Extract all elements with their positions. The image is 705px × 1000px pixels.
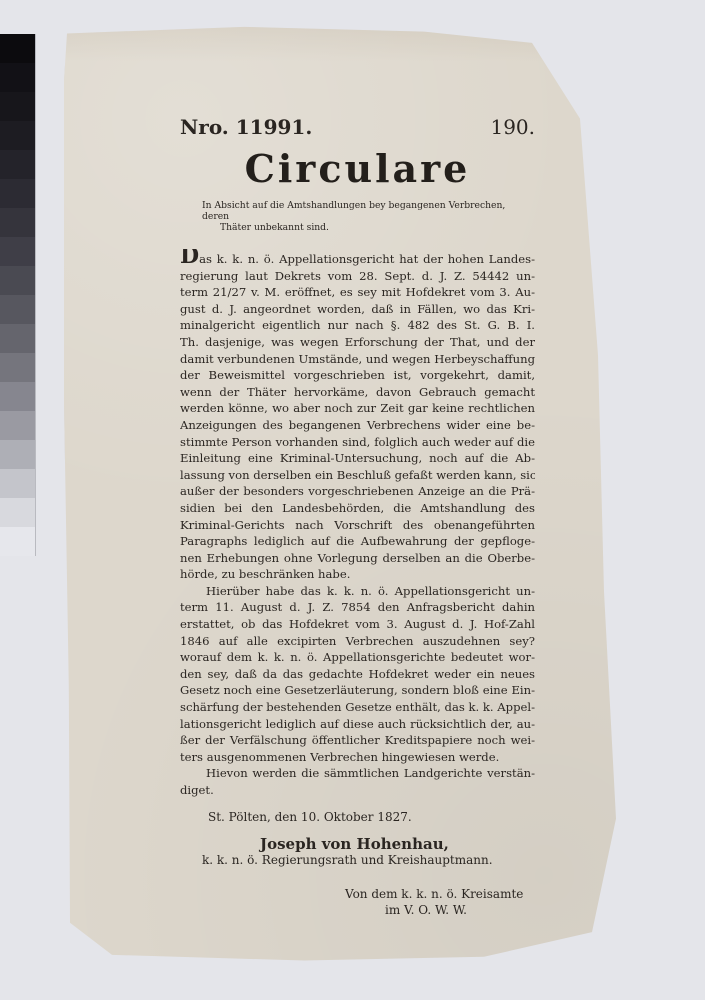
body-line: ters ausgenommenen Verbrechen hingewiese… bbox=[180, 749, 535, 766]
place-date: St. Pölten, den 10. Oktober 1827. bbox=[180, 809, 535, 825]
body-line: stimmte Person vorhanden sind, folglich … bbox=[180, 434, 535, 451]
calibration-patch bbox=[0, 63, 35, 92]
calibration-patch bbox=[0, 237, 35, 266]
document-title: Circulare bbox=[180, 144, 535, 194]
body-line: wenn der Thäter hervorkäme, davon Gebrau… bbox=[180, 384, 535, 401]
body-line: Paragraphs lediglich auf die Aufbewahrun… bbox=[180, 533, 535, 550]
calibration-patch bbox=[0, 150, 35, 179]
body-line: der Beweismittel vorgeschrieben ist, vor… bbox=[180, 367, 535, 384]
calibration-patch bbox=[0, 34, 35, 63]
body-line: außer der besonders vorgeschriebenen Anz… bbox=[180, 483, 535, 500]
body-line: nen Erhebungen ohne Vorlegung derselben … bbox=[180, 550, 535, 567]
calibration-patch bbox=[0, 411, 35, 440]
signer-name: Joseph von Hohenhau, bbox=[180, 835, 535, 853]
body-line: erstattet, ob das Hofdekret vom 3. Augus… bbox=[180, 616, 535, 633]
body-line: sidien bei den Landesbehörden, die Amtsh… bbox=[180, 500, 535, 517]
issuing-office: Von dem k. k. n. ö. Kreisamte im V. O. W… bbox=[180, 886, 535, 918]
body-line: Gesetz noch eine Gesetzerläuterung, sond… bbox=[180, 682, 535, 699]
calibration-patch bbox=[0, 382, 35, 411]
issuer-line-1: Von dem k. k. n. ö. Kreisamte bbox=[345, 887, 523, 901]
body-line: 1846 auf alle excipirten Verbrechen ausz… bbox=[180, 633, 535, 650]
document-number: Nro. 11991. bbox=[180, 112, 312, 142]
document-header: Nro. 11991. 190. bbox=[180, 112, 535, 142]
document-subject: In Absicht auf die Amtshandlungen bey be… bbox=[180, 200, 535, 233]
document-content: Nro. 11991. 190. Circulare In Absicht au… bbox=[180, 112, 535, 918]
calibration-patch bbox=[0, 527, 35, 556]
body-line: Einleitung eine Kriminal-Untersuchung, n… bbox=[180, 450, 535, 467]
calibration-patch bbox=[0, 440, 35, 469]
calibration-patch bbox=[0, 295, 35, 324]
calibration-patch bbox=[0, 92, 35, 121]
calibration-patch bbox=[0, 498, 35, 527]
body-line: term 21/27 v. M. eröffnet, es sey mit Ho… bbox=[180, 284, 535, 301]
body-line: lationsgericht lediglich auf diese auch … bbox=[180, 716, 535, 733]
subject-line-2: Thäter unbekannt sind. bbox=[202, 222, 535, 233]
issuer-line-2: im V. O. W. W. bbox=[345, 902, 535, 918]
body-line: term 11. August d. J. Z. 7854 den Anfrag… bbox=[180, 599, 535, 616]
body-line: hörde, zu beschränken habe. bbox=[180, 566, 535, 583]
body-line: ßer der Verfälschung öffentlicher Kredit… bbox=[180, 732, 535, 749]
body-line: Hierüber habe das k. k. n. ö. Appellatio… bbox=[180, 583, 535, 600]
calibration-patch bbox=[0, 469, 35, 498]
body-line: Th. dasjenige, was wegen Erforschung der… bbox=[180, 334, 535, 351]
page-number: 190. bbox=[490, 112, 535, 142]
body-line: worauf dem k. k. n. ö. Appellationsgeric… bbox=[180, 649, 535, 666]
calibration-patch bbox=[0, 121, 35, 150]
body-line: minalgericht eigentlich nur nach §. 482 … bbox=[180, 317, 535, 334]
drop-cap: D bbox=[180, 249, 199, 268]
signer-title: k. k. n. ö. Regierungsrath und Kreishaup… bbox=[180, 853, 535, 868]
calibration-patch bbox=[0, 266, 35, 295]
body-line: gust d. J. angeordnet worden, daß in Fäl… bbox=[180, 301, 535, 318]
body-line: Hievon werden die sämmtlichen Landgerich… bbox=[180, 765, 535, 782]
body-line: lassung von derselben ein Beschluß gefaß… bbox=[180, 467, 535, 484]
body-line: regierung laut Dekrets vom 28. Sept. d. … bbox=[180, 268, 535, 285]
body-line: Das k. k. n. ö. Appellationsgericht hat … bbox=[180, 249, 535, 268]
calibration-patch bbox=[0, 324, 35, 353]
calibration-patch bbox=[0, 208, 35, 237]
body-line: werden könne, wo aber noch zur Zeit gar … bbox=[180, 400, 535, 417]
body-line: damit verbundenen Umstände, und wegen He… bbox=[180, 351, 535, 368]
body-line: Kriminal-Gerichts nach Vorschrift des ob… bbox=[180, 517, 535, 534]
body-line: Anzeigungen des begangenen Verbrechens w… bbox=[180, 417, 535, 434]
body-paragraph-1: Das k. k. n. ö. Appellationsgericht hat … bbox=[180, 249, 535, 799]
subject-line-1: In Absicht auf die Amtshandlungen bey be… bbox=[202, 200, 505, 222]
body-line: schärfung der bestehenden Gesetze enthäl… bbox=[180, 699, 535, 716]
calibration-patch bbox=[0, 179, 35, 208]
calibration-patch bbox=[0, 353, 35, 382]
body-line: diget. bbox=[180, 782, 535, 799]
color-calibration-strip bbox=[0, 34, 35, 556]
body-line: den sey, daß da das gedachte Hofdekret w… bbox=[180, 666, 535, 683]
